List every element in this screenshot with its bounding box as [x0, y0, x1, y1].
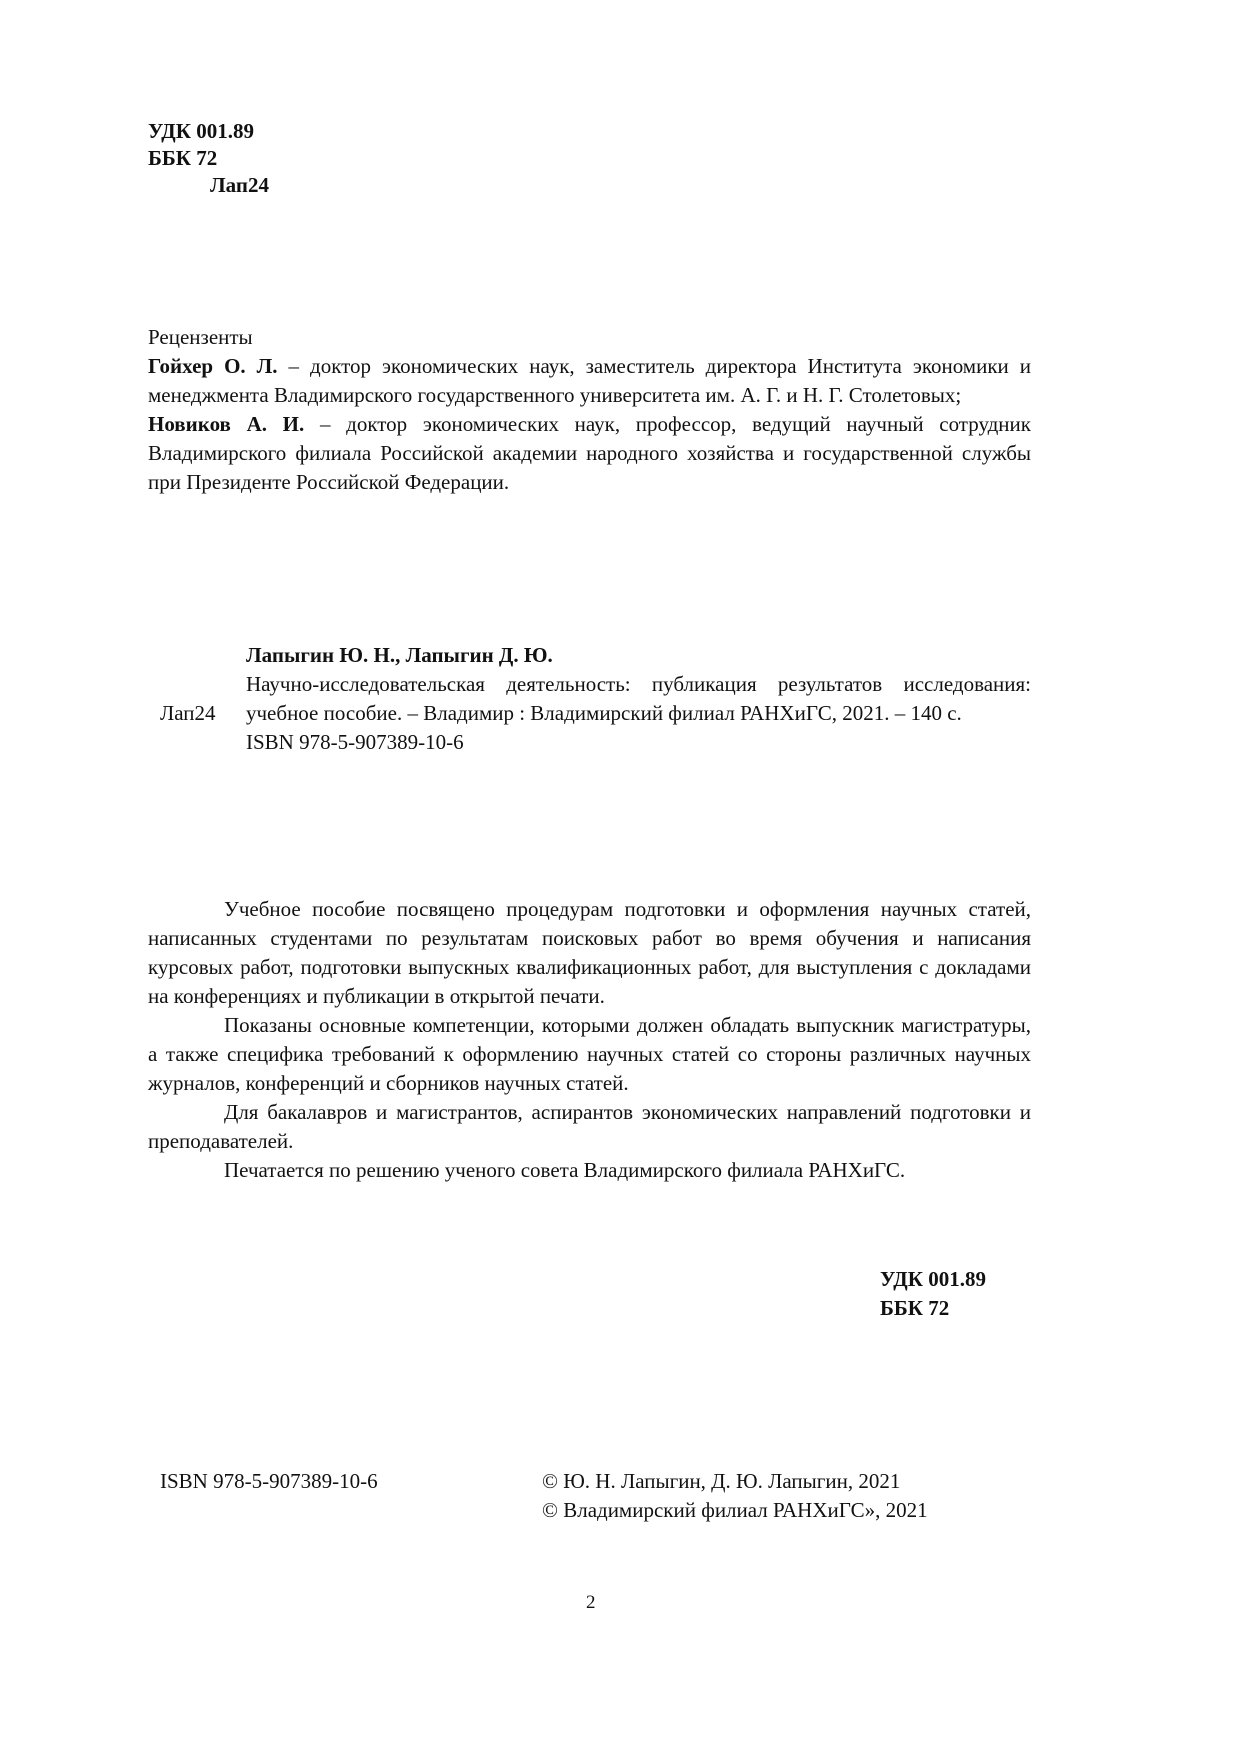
copyright-block: © Ю. Н. Лапыгин, Д. Ю. Лапыгин, 2021 © В… [542, 1467, 928, 1525]
abstract-paragraph: Показаны основные компетенции, которыми … [148, 1011, 1031, 1098]
reviewer-description: – доктор экономических наук, заместитель… [148, 354, 1031, 407]
abstract-paragraph: Для бакалавров и магистрантов, аспиранто… [148, 1098, 1031, 1156]
udk-code: УДК 001.89 [148, 118, 269, 145]
imprint-isbn: ISBN 978-5-907389-10-6 [160, 1467, 378, 1496]
reviewer-entry: Гойхер О. Л. – доктор экономических наук… [148, 352, 1031, 410]
reviewer-name: Гойхер О. Л. [148, 354, 278, 378]
abstract: Учебное пособие посвящено процедурам под… [148, 895, 1031, 1185]
footer-classification-codes: УДК 001.89 ББК 72 [880, 1265, 986, 1323]
page-number: 2 [586, 1592, 596, 1614]
abstract-paragraph: Учебное пособие посвящено процедурам под… [148, 895, 1031, 1011]
reviewer-entry: Новиков А. И. – доктор экономических нау… [148, 410, 1031, 497]
abstract-paragraph: Печатается по решению ученого совета Вла… [148, 1156, 1031, 1185]
record-body: Лапыгин Ю. Н., Лапыгин Д. Ю. Научно-иссл… [246, 641, 1031, 757]
bbk-code: ББК 72 [148, 145, 269, 172]
udk-code: УДК 001.89 [880, 1265, 986, 1294]
author-sign: Лап24 [148, 172, 269, 199]
copyright-line: © Владимирский филиал РАНХиГС», 2021 [542, 1496, 928, 1525]
reviewers-section: Рецензенты Гойхер О. Л. – доктор экономи… [148, 323, 1031, 497]
record-author-sign: Лап24 [160, 699, 216, 728]
classification-codes: УДК 001.89 ББК 72 Лап24 [148, 118, 269, 199]
reviewers-heading: Рецензенты [148, 323, 1031, 352]
reviewer-name: Новиков А. И. [148, 412, 304, 436]
record-isbn: ISBN 978-5-907389-10-6 [246, 728, 1031, 757]
record-description: Научно-исследовательская деятельность: п… [246, 670, 1031, 728]
copyright-line: © Ю. Н. Лапыгин, Д. Ю. Лапыгин, 2021 [542, 1467, 928, 1496]
record-authors: Лапыгин Ю. Н., Лапыгин Д. Ю. [246, 641, 1031, 670]
bbk-code: ББК 72 [880, 1294, 986, 1323]
